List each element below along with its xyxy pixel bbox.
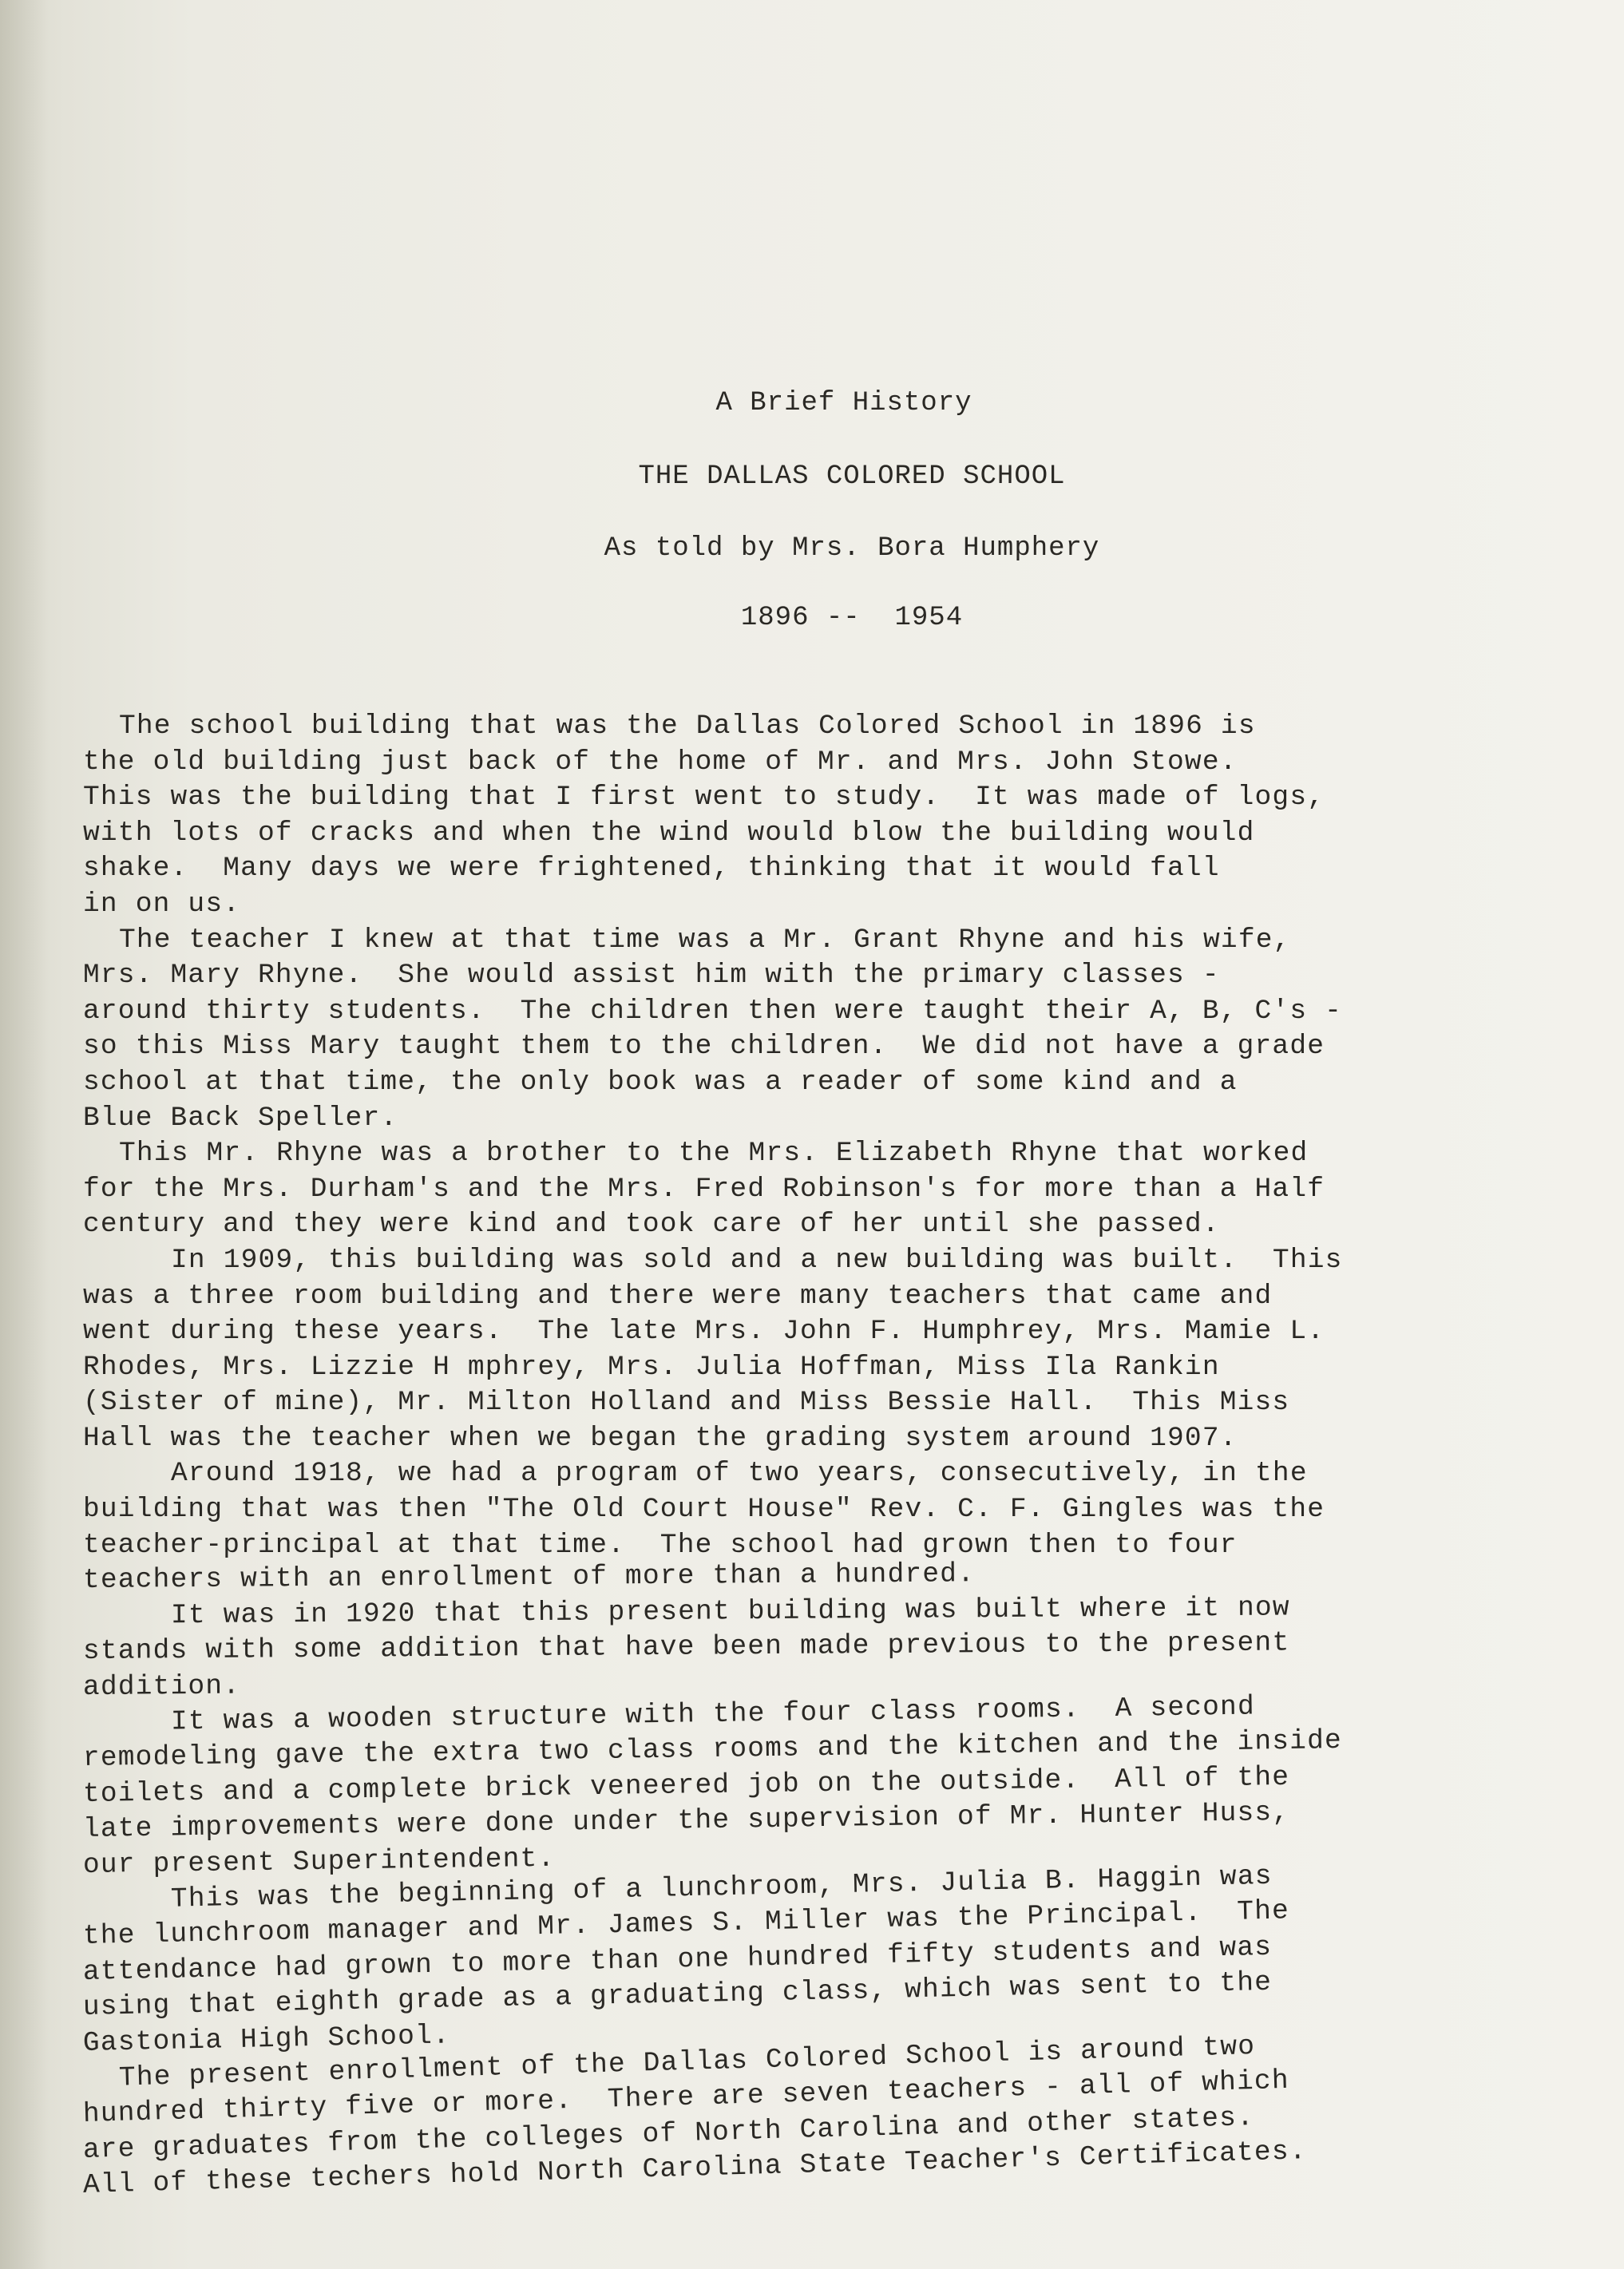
- text-line: was a three room building and there were…: [83, 1279, 1456, 1315]
- text-line: Blue Back Speller.: [83, 1101, 1456, 1137]
- text-line: around thirty students. The children the…: [83, 994, 1456, 1030]
- typewritten-page: A Brief History THE DALLAS COLORED SCHOO…: [0, 0, 1624, 2269]
- text-line: went during these years. The late Mrs. J…: [83, 1314, 1456, 1350]
- text-line: the old building just back of the home o…: [83, 745, 1456, 781]
- text-line: In 1909, this building was sold and a ne…: [83, 1243, 1456, 1279]
- document-body: The school building that was the Dallas …: [83, 709, 1456, 2204]
- text-line: for the Mrs. Durham's and the Mrs. Fred …: [83, 1172, 1456, 1208]
- text-line: so this Miss Mary taught them to the chi…: [83, 1029, 1456, 1065]
- document-subtitle: A Brief History: [32, 388, 1624, 418]
- text-line: building that was then "The Old Court Ho…: [83, 1492, 1456, 1528]
- text-line: Mrs. Mary Rhyne. She would assist him wi…: [83, 958, 1456, 994]
- text-line: shake. Many days we were frightened, thi…: [83, 851, 1456, 887]
- text-line: school at that time, the only book was a…: [83, 1065, 1456, 1101]
- text-line: Hall was the teacher when we began the g…: [83, 1421, 1456, 1457]
- document-attribution: As told by Mrs. Bora Humphery: [40, 533, 1624, 564]
- text-line: Around 1918, we had a program of two yea…: [83, 1456, 1456, 1492]
- document-title: THE DALLAS COLORED SCHOOL: [40, 461, 1624, 492]
- text-line: The school building that was the Dallas …: [83, 709, 1456, 745]
- text-line: (Sister of mine), Mr. Milton Holland and…: [83, 1385, 1456, 1421]
- document-years: 1896 -- 1954: [40, 603, 1624, 633]
- text-line: The teacher I knew at that time was a Mr…: [83, 923, 1456, 959]
- text-line: with lots of cracks and when the wind wo…: [83, 816, 1456, 852]
- text-line: This Mr. Rhyne was a brother to the Mrs.…: [83, 1136, 1456, 1172]
- text-line: This was the building that I first went …: [83, 780, 1456, 816]
- text-line: century and they were kind and took care…: [83, 1207, 1456, 1243]
- text-line: Rhodes, Mrs. Lizzie H mphrey, Mrs. Julia…: [83, 1350, 1456, 1386]
- text-line: in on us.: [83, 887, 1456, 923]
